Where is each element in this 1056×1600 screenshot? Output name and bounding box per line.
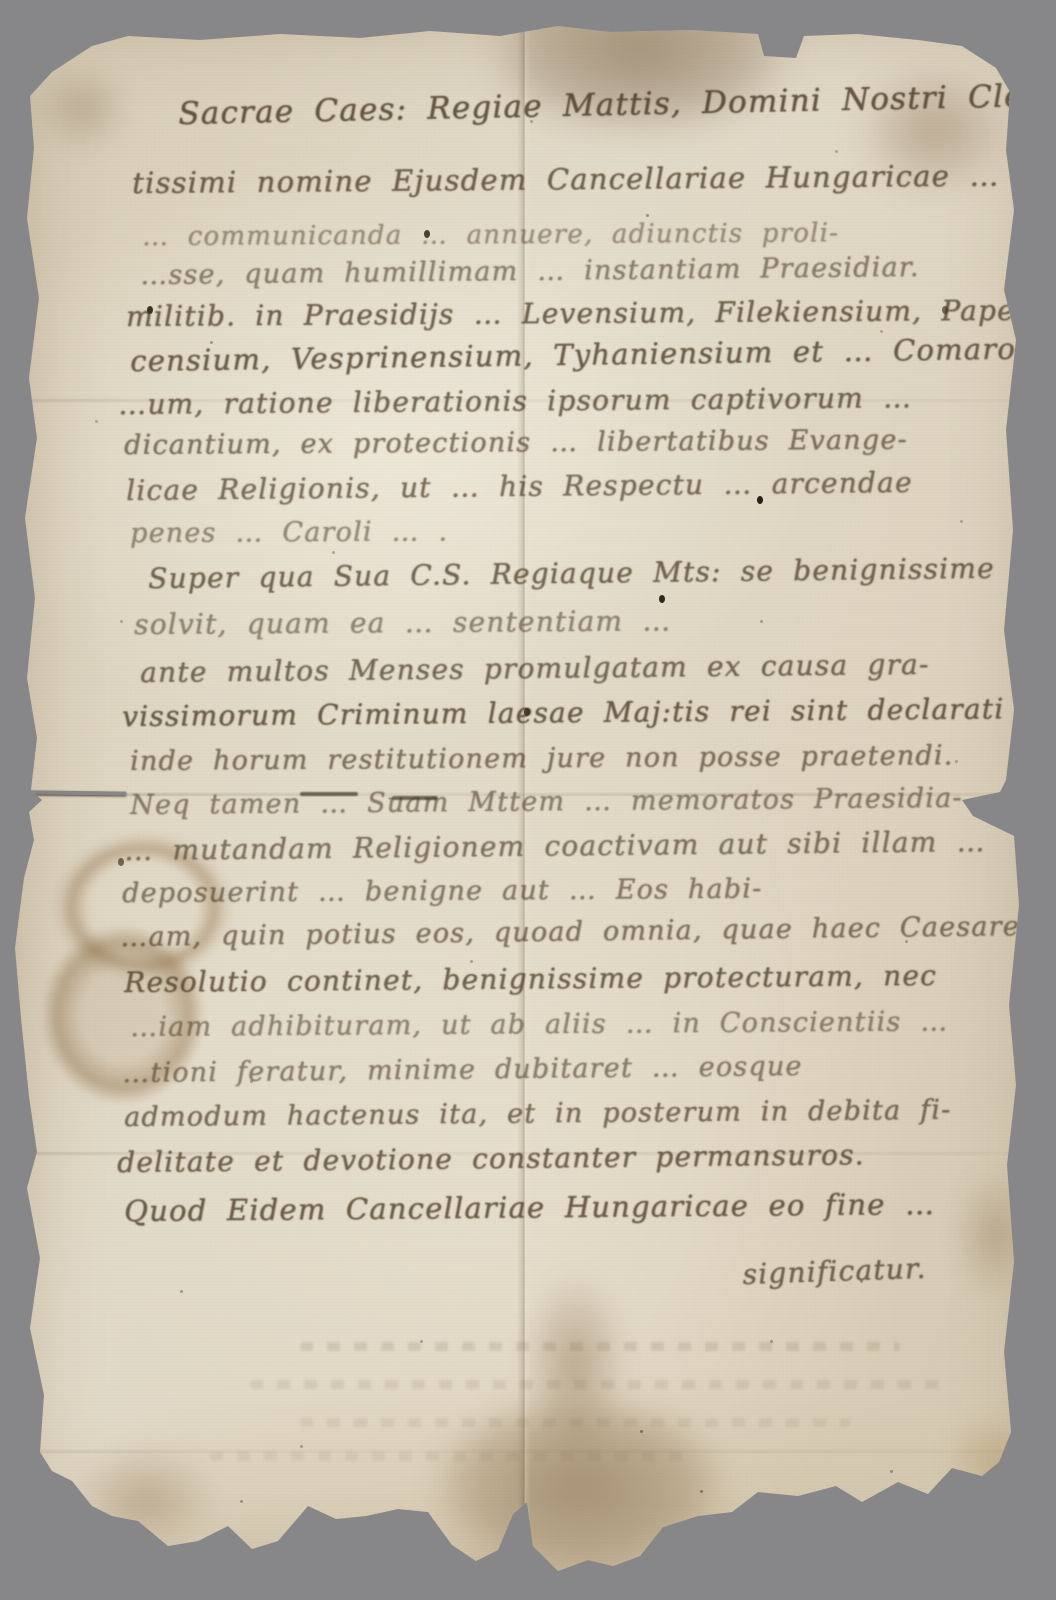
ink-specks [0,0,3,3]
photo-background: Sacrae Caes: Regiae Mattis, Domini Nostr… [0,0,1056,1600]
paper-edge-shading [0,0,1056,1600]
manuscript-paper: Sacrae Caes: Regiae Mattis, Domini Nostr… [0,0,1056,1600]
ink-blots [0,0,6,8]
ink-blot-bottom-left [34,1468,54,1494]
